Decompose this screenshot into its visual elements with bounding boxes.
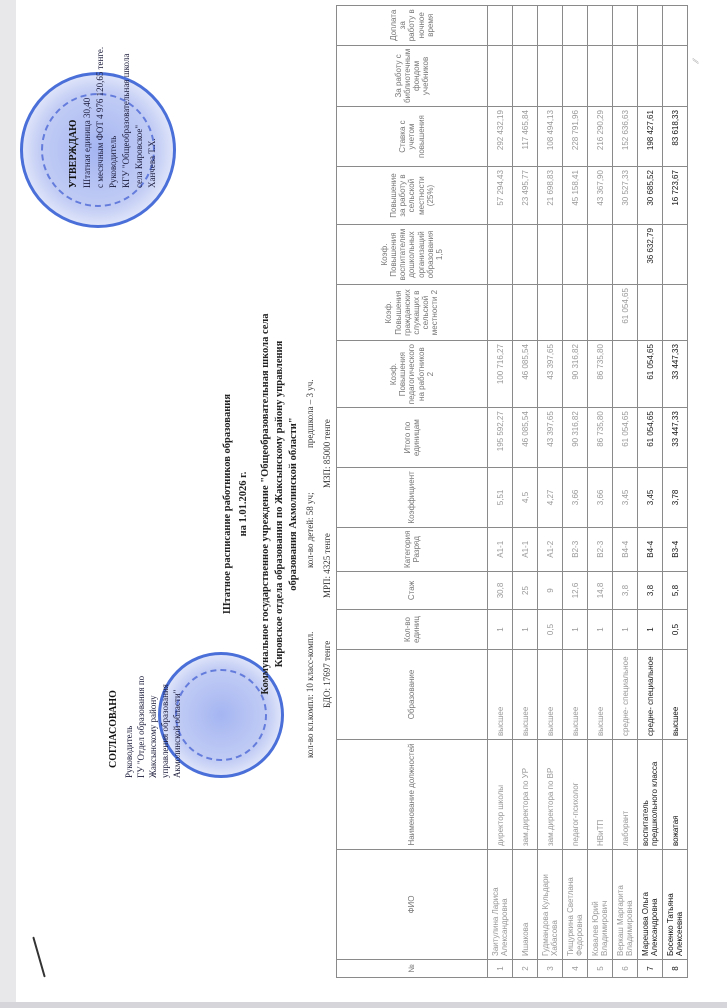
cell-education: средне- специальное	[613, 650, 638, 740]
cell-night	[513, 5, 538, 45]
cell-name: Ишакова	[513, 850, 538, 960]
class-sets-count: кол-во кл.компл: 10 класс-компл.	[305, 632, 315, 758]
cell-coef-preschool	[563, 225, 588, 285]
cell-n: 7	[638, 960, 663, 978]
cell-coef-civil: 61 054,65	[613, 285, 638, 341]
column-header: Коэф. Повышения гражданских служащих в с…	[337, 285, 488, 341]
cell-coef: 3,45	[638, 468, 663, 527]
mzp-value: МЗП: 85000 тенге	[322, 419, 332, 488]
cell-coef-ped: 46 085,54	[513, 341, 538, 408]
agreed-line: ГУ "Отдел образования по	[136, 676, 146, 778]
cell-category: А1-1	[488, 527, 513, 571]
cell-units: 0,5	[538, 610, 563, 650]
cell-library	[663, 45, 688, 106]
table-row: 2Ишаковазам.директора по УРвысшее125А1-1…	[513, 5, 538, 977]
cell-exp: 3,8	[613, 572, 638, 610]
column-header: За работу с библиотечным фондом учебнико…	[337, 45, 488, 106]
cell-position: воспитатель предшкольного класса	[638, 740, 663, 850]
cell-coef-preschool	[663, 225, 688, 285]
approved-line: Руководитель	[108, 136, 118, 188]
cell-education: высшее	[588, 650, 613, 740]
cell-exp: 25	[513, 572, 538, 610]
cell-night	[613, 5, 638, 45]
cell-position: лаборант	[613, 740, 638, 850]
cell-rate: 152 636,63	[613, 107, 638, 167]
cell-coef: 3,78	[663, 468, 688, 527]
preschool-count: предшкола – 3 уч.	[305, 379, 315, 448]
table-row: 5Ковалев Юрий ВладимировичНВиТПвысшее114…	[588, 5, 613, 977]
cell-position: директор школы	[488, 740, 513, 850]
cell-coef-civil	[663, 285, 688, 341]
cell-name: Ковалев Юрий Владимирович	[588, 850, 613, 960]
table-header-row: №ФИОНаименование должностейОбразованиеКо…	[337, 5, 488, 977]
table-row: 6Веркаш Маргарита Владимировналаборантср…	[613, 5, 638, 977]
rotated-document-page: УТВЕРЖДАЮ Штатная единица 30,40 с месячн…	[0, 0, 727, 1008]
table-row: 1Заитулина Лариса Александровнадиректор …	[488, 5, 513, 977]
column-header: Коэф. Повышения педагогического на работ…	[337, 341, 488, 408]
cell-total: 195 592,27	[488, 408, 513, 468]
cell-rate: 83 618,33	[663, 107, 688, 167]
cell-position: зам.директора по ВР	[538, 740, 563, 850]
cell-rate: 117 465,84	[513, 107, 538, 167]
bdo-value: БДО: 17697 тенге	[322, 641, 332, 708]
cell-coef: 5,51	[488, 468, 513, 527]
cell-library	[588, 45, 613, 106]
cell-rate: 108 494,13	[538, 107, 563, 167]
cell-coef-civil	[488, 285, 513, 341]
mrp-value: МРП: 4325 тенге	[322, 533, 332, 598]
cell-total: 43 397,65	[538, 408, 563, 468]
column-header: №	[337, 960, 488, 978]
cell-coef-preschool	[538, 225, 563, 285]
cell-coef-preschool	[588, 225, 613, 285]
cell-coef-civil	[538, 285, 563, 341]
cell-name: Босенко Татьяна Алексеевна	[663, 850, 688, 960]
cell-name: Веркаш Маргарита Владимировна	[613, 850, 638, 960]
cell-n: 4	[563, 960, 588, 978]
cell-name: Заитулина Лариса Александровна	[488, 850, 513, 960]
cell-education: высшее	[563, 650, 588, 740]
cell-category: В4-4	[613, 527, 638, 571]
cell-rural: 23 495,77	[513, 167, 538, 225]
cell-rate: 216 290,29	[588, 107, 613, 167]
cell-education: средне- специальное	[638, 650, 663, 740]
cell-n: 1	[488, 960, 513, 978]
cell-coef: 4,5	[513, 468, 538, 527]
table-row: 4Тищуркина Светлана Федоровнапедагог-пси…	[563, 5, 588, 977]
cell-rate: 198 427,61	[638, 107, 663, 167]
column-header: Наименование должностей	[337, 740, 488, 850]
column-header: ФИО	[337, 850, 488, 960]
cell-coef-ped: 86 735,80	[588, 341, 613, 408]
cell-library	[563, 45, 588, 106]
cell-coef-preschool	[513, 225, 538, 285]
cell-position: вожатая	[663, 740, 688, 850]
document-title: Штатное расписание работников образовани…	[222, 0, 233, 1008]
column-header: Категория Разряд	[337, 527, 488, 571]
agreed-block: СОГЛАСОВАНО Руководитель ГУ "Отдел образ…	[108, 598, 258, 798]
cell-coef-ped	[613, 341, 638, 408]
cell-position: педагог-психолог	[563, 740, 588, 850]
approved-line: с месячным ФОТ 4 976 120,65 тенге.	[95, 47, 105, 188]
agreed-title: СОГЛАСОВАНО	[108, 690, 119, 768]
approved-line: села Кировское"	[134, 125, 144, 188]
cell-night	[538, 5, 563, 45]
column-header: Доплата за работу в ночное время	[337, 5, 488, 45]
agreed-line: Жаксынскому району	[148, 695, 158, 778]
cell-total: 61 054,65	[638, 408, 663, 468]
cell-exp: 5,8	[663, 572, 688, 610]
org-line-3: образования Акмолинской области"	[288, 0, 299, 1008]
cell-coef-civil	[513, 285, 538, 341]
document-date: на 1.01.2026 г.	[238, 0, 249, 1008]
cell-total: 61 054,65	[613, 408, 638, 468]
column-header: Образование	[337, 650, 488, 740]
cell-rural: 30 685,52	[638, 167, 663, 225]
cell-coef-civil	[588, 285, 613, 341]
cell-education: высшее	[513, 650, 538, 740]
cell-units: 1	[613, 610, 638, 650]
cell-coef-civil	[638, 285, 663, 341]
column-header: Коэф. Повышения воспитателям дошкольных …	[337, 225, 488, 285]
cell-night	[488, 5, 513, 45]
cell-n: 6	[613, 960, 638, 978]
cell-coef: 3,66	[588, 468, 613, 527]
cell-rate: 228 791,96	[563, 107, 588, 167]
cell-units: 1	[488, 610, 513, 650]
agreed-line: управления образования	[160, 684, 170, 778]
cell-category: А1-1	[513, 527, 538, 571]
agreed-line: Акмолинской области"	[172, 690, 182, 778]
cell-coef-ped: 43 397,65	[538, 341, 563, 408]
cell-exp: 12,6	[563, 572, 588, 610]
cell-education: высшее	[538, 650, 563, 740]
cell-library	[638, 45, 663, 106]
column-header: Кол-во единиц	[337, 610, 488, 650]
cell-coef-preschool	[613, 225, 638, 285]
cell-position: зам.директора по УР	[513, 740, 538, 850]
cell-rural: 57 294,43	[488, 167, 513, 225]
cell-units: 1	[588, 610, 613, 650]
cell-coef-preschool	[488, 225, 513, 285]
cell-coef-ped: 90 316,82	[563, 341, 588, 408]
cell-name: Тищуркина Светлана Федоровна	[563, 850, 588, 960]
cell-rural: 30 527,33	[613, 167, 638, 225]
cell-coef-ped: 33 447,33	[663, 341, 688, 408]
cell-night	[563, 5, 588, 45]
column-header: Повышение за работу в сельской местности…	[337, 167, 488, 225]
cell-exp: 14,8	[588, 572, 613, 610]
cell-position: НВиТП	[588, 740, 613, 850]
approved-line: Штатная единица 30,40	[82, 98, 92, 188]
cell-total: 90 316,82	[563, 408, 588, 468]
cell-total: 46 085,54	[513, 408, 538, 468]
children-count: кол-во детей: 58 уч;	[305, 492, 315, 568]
cell-n: 5	[588, 960, 613, 978]
cell-library	[538, 45, 563, 106]
approved-block: УТВЕРЖДАЮ Штатная единица 30,40 с месячн…	[20, 18, 170, 248]
agreed-line: Руководитель	[124, 726, 134, 778]
cell-library	[513, 45, 538, 106]
staff-table: №ФИОНаименование должностейОбразованиеКо…	[336, 5, 688, 978]
cell-coef-civil	[563, 285, 588, 341]
org-line-1: Коммунальное государственное учреждение …	[260, 0, 271, 1008]
cell-total: 86 735,80	[588, 408, 613, 468]
approved-title: УТВЕРЖДАЮ	[68, 120, 79, 188]
cell-night	[638, 5, 663, 45]
cell-category: В2-3	[588, 527, 613, 571]
cell-exp: 30,8	[488, 572, 513, 610]
cell-category: А1-2	[538, 527, 563, 571]
cell-category: В4-4	[638, 527, 663, 571]
cell-education: высшее	[488, 650, 513, 740]
org-line-2: Кировское отдела образования по Жаксынск…	[274, 0, 285, 1008]
column-header: Итого по единицам	[337, 408, 488, 468]
table-row: 8Босенко Татьяна Алексеевнавожатаявысшее…	[663, 5, 688, 977]
cell-exp: 9	[538, 572, 563, 610]
cell-library	[613, 45, 638, 106]
cell-rural: 43 367,90	[588, 167, 613, 225]
table-row: 3Гудмандова Кульдари Хабасовазам.директо…	[538, 5, 563, 977]
cell-rural: 45 158,41	[563, 167, 588, 225]
cell-n: 3	[538, 960, 563, 978]
cell-night	[588, 5, 613, 45]
cell-category: В2-3	[563, 527, 588, 571]
cell-coef-ped: 61 054,65	[638, 341, 663, 408]
cell-total: 33 447,33	[663, 408, 688, 468]
cell-rate: 292 432,19	[488, 107, 513, 167]
cell-education: высшее	[663, 650, 688, 740]
cell-library	[488, 45, 513, 106]
cell-rural: 21 698,83	[538, 167, 563, 225]
cell-units: 1	[563, 610, 588, 650]
cell-rural: 16 723,67	[663, 167, 688, 225]
cell-coef-preschool: 36 632,79	[638, 225, 663, 285]
approved-line: КГУ "Общеобразовательная школа	[121, 54, 131, 188]
column-header: Ставка с учетом повышения	[337, 107, 488, 167]
cell-name: Гудмандова Кульдари Хабасова	[538, 850, 563, 960]
cell-units: 1	[638, 610, 663, 650]
column-header: Коэффициент	[337, 468, 488, 527]
scan-edge-bottom	[0, 1002, 727, 1008]
cell-units: 0,5	[663, 610, 688, 650]
cell-night	[663, 5, 688, 45]
cell-n: 2	[513, 960, 538, 978]
cell-units: 1	[513, 610, 538, 650]
cell-coef-ped: 100 716,27	[488, 341, 513, 408]
approved-line: Ханчева Т.Х.	[147, 138, 157, 188]
column-header: Стаж	[337, 572, 488, 610]
cell-exp: 3,8	[638, 572, 663, 610]
cell-n: 8	[663, 960, 688, 978]
cell-coef: 4,27	[538, 468, 563, 527]
table-row: 7Марешова Ольга Александровнавоспитатель…	[638, 5, 663, 977]
cell-coef: 3,66	[563, 468, 588, 527]
cell-category: В3-4	[663, 527, 688, 571]
cell-coef: 3,45	[613, 468, 638, 527]
cell-name: Марешова Ольга Александровна	[638, 850, 663, 960]
